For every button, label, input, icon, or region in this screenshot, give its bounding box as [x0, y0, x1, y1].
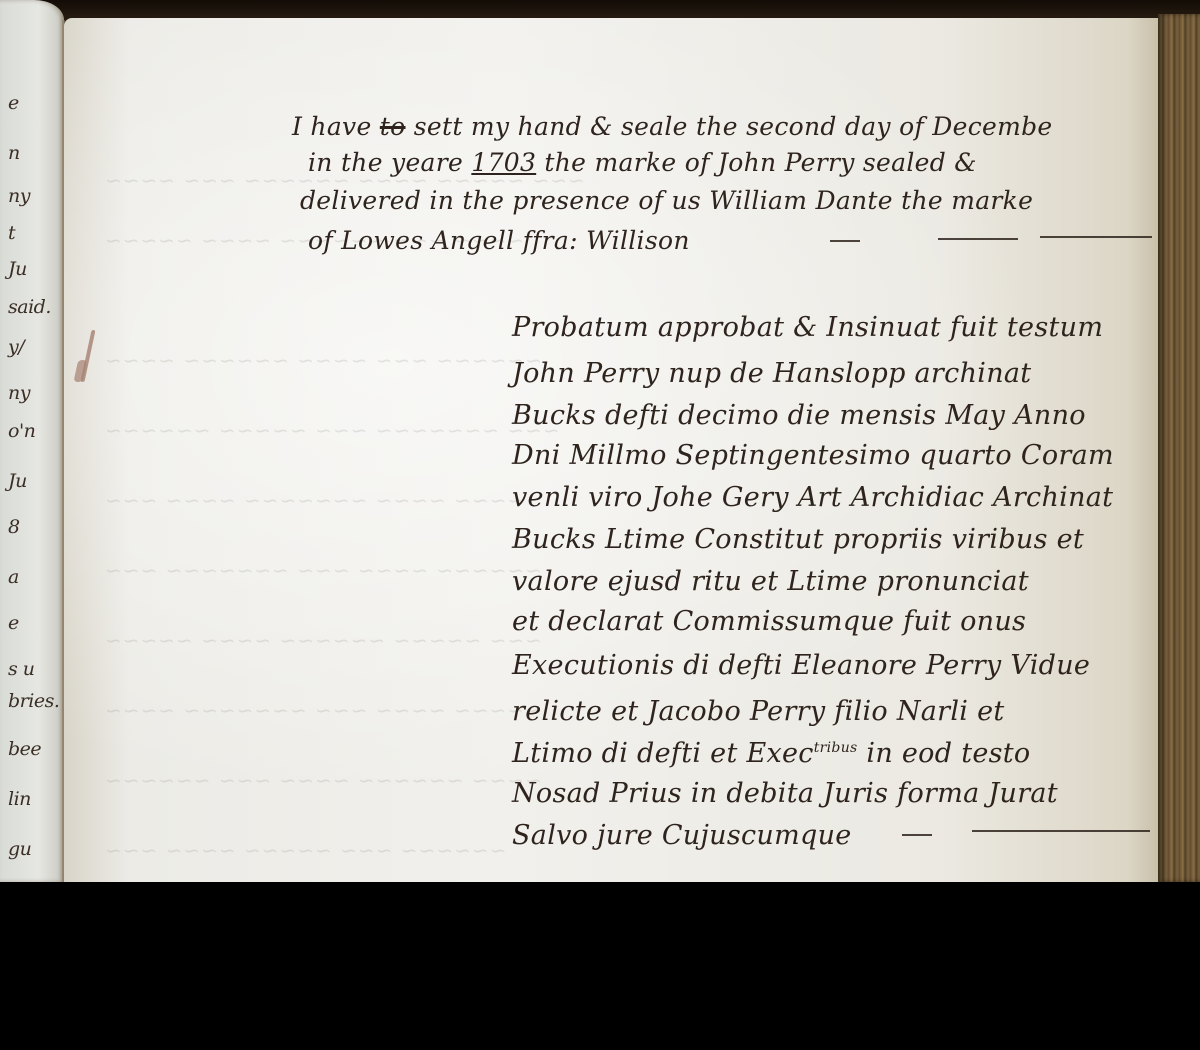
bleed-through-text: ~~~ ~~~~~~~ ~~~ ~~~~~ ~~~~~~	[104, 418, 560, 442]
bleed-through-text: ~~~~ ~~~~~~ ~~~~ ~~~ ~~~~~~	[104, 768, 542, 792]
left-margin-fragment: said.	[8, 296, 51, 318]
bleed-through-text: ~~~ ~~~~~ ~~~~~~ ~~~~ ~~~~~	[104, 628, 542, 652]
left-margin-fragment: a	[8, 566, 19, 588]
left-margin-fragment: Ju	[8, 470, 27, 492]
probate-line: Ltimo di defti et Exectribus in eod test…	[512, 738, 1030, 769]
deed-line-2: in the yeare 1703 the marke of John Perr…	[308, 148, 977, 177]
check-mark-icon	[74, 330, 95, 382]
line-filler	[902, 834, 932, 836]
book-page-edges	[1158, 14, 1200, 882]
left-margin-fragment: t	[8, 222, 15, 244]
probate-line: Executionis di defti Eleanore Perry Vidu…	[512, 650, 1090, 681]
left-page: e n ny t Ju said. y/ ny o'n Ju 8 a e s u…	[0, 0, 64, 882]
bleed-through-text: ~~~~ ~~~~ ~~~~~~~ ~~~~ ~~~	[104, 488, 524, 512]
left-margin-fragment: bries.	[8, 690, 59, 712]
deed-text: the marke of John Perry sealed &	[536, 148, 977, 177]
black-letterbox	[0, 882, 1200, 1050]
left-margin-fragment: Ju	[8, 258, 27, 280]
year: 1703	[471, 148, 536, 177]
probate-line: venli viro Johe Gery Art Archidiac Archi…	[512, 482, 1113, 513]
left-margin-fragment: bee	[8, 738, 41, 760]
line-filler	[972, 830, 1150, 832]
probate-line: Bucks defti decimo die mensis May Anno	[512, 400, 1086, 431]
line-filler	[938, 238, 1018, 240]
bleed-through-text: ~~~~~~ ~~~ ~~~~~ ~~~~ ~~~	[104, 838, 506, 862]
line-filler	[830, 240, 860, 242]
left-margin-fragment: ny	[8, 382, 30, 404]
left-margin-fragment: n	[8, 142, 20, 164]
probate-line: Bucks Ltime Constitut propriis viribus e…	[512, 524, 1084, 555]
manuscript-photo: e n ny t Ju said. y/ ny o'n Ju 8 a e s u…	[0, 0, 1200, 882]
deed-text: sett my hand & seale the second day of D…	[406, 112, 1053, 141]
probate-line: Salvo jure Cujuscumque	[512, 820, 852, 851]
probate-line: et declarat Commissumque fuit onus	[512, 606, 1026, 637]
bleed-through-text: ~~~~~~ ~~~ ~~~~ ~~~~~~ ~~~~	[104, 348, 542, 372]
left-margin-fragment: e	[8, 612, 19, 634]
line-filler	[1040, 236, 1152, 238]
left-margin-fragment: e	[8, 92, 19, 114]
probate-line: valore ejusd ritu et Ltime pronunciat	[512, 566, 1029, 597]
probate-line: relicte et Jacobo Perry filio Narli et	[512, 696, 1005, 727]
probate-line: Dni Millmo Septingentesimo quarto Coram	[512, 440, 1114, 471]
left-margin-fragment: ny	[8, 185, 30, 207]
superscript-abbrev: tribus	[814, 740, 858, 756]
probate-text: Ltimo di defti et Exec	[512, 738, 814, 769]
probate-line: Nosad Prius in debita Juris forma Jurat	[512, 778, 1058, 809]
probate-line: John Perry nup de Hanslopp archinat	[512, 358, 1031, 389]
deed-line-4: of Lowes Angell ffra: Willison	[308, 226, 690, 255]
deed-text: in the yeare	[308, 148, 471, 177]
deed-line-3: delivered in the presence of us William …	[300, 186, 1033, 215]
left-margin-fragment: s u	[8, 658, 35, 680]
struck-word: to	[380, 112, 406, 141]
left-margin-fragment: o'n	[8, 420, 35, 442]
probate-text: in eod testo	[858, 738, 1031, 769]
left-margin-fragment: gu	[8, 838, 31, 860]
deed-text: I have	[292, 112, 380, 141]
left-margin-fragment: lin	[8, 788, 31, 810]
left-margin-fragment: 8	[8, 516, 20, 538]
left-margin-fragment: y/	[8, 336, 24, 358]
bleed-through-text: ~~~~~ ~~~~ ~~~ ~~~~~~~ ~~~~	[104, 698, 542, 722]
deed-line-1: I have to sett my hand & seale the secon…	[292, 112, 1053, 141]
probate-line: Probatum approbat & Insinuat fuit testum	[512, 312, 1103, 343]
bleed-through-text: ~~~~~~ ~~~~ ~~~ ~~~~~~~ ~~~	[104, 558, 542, 582]
